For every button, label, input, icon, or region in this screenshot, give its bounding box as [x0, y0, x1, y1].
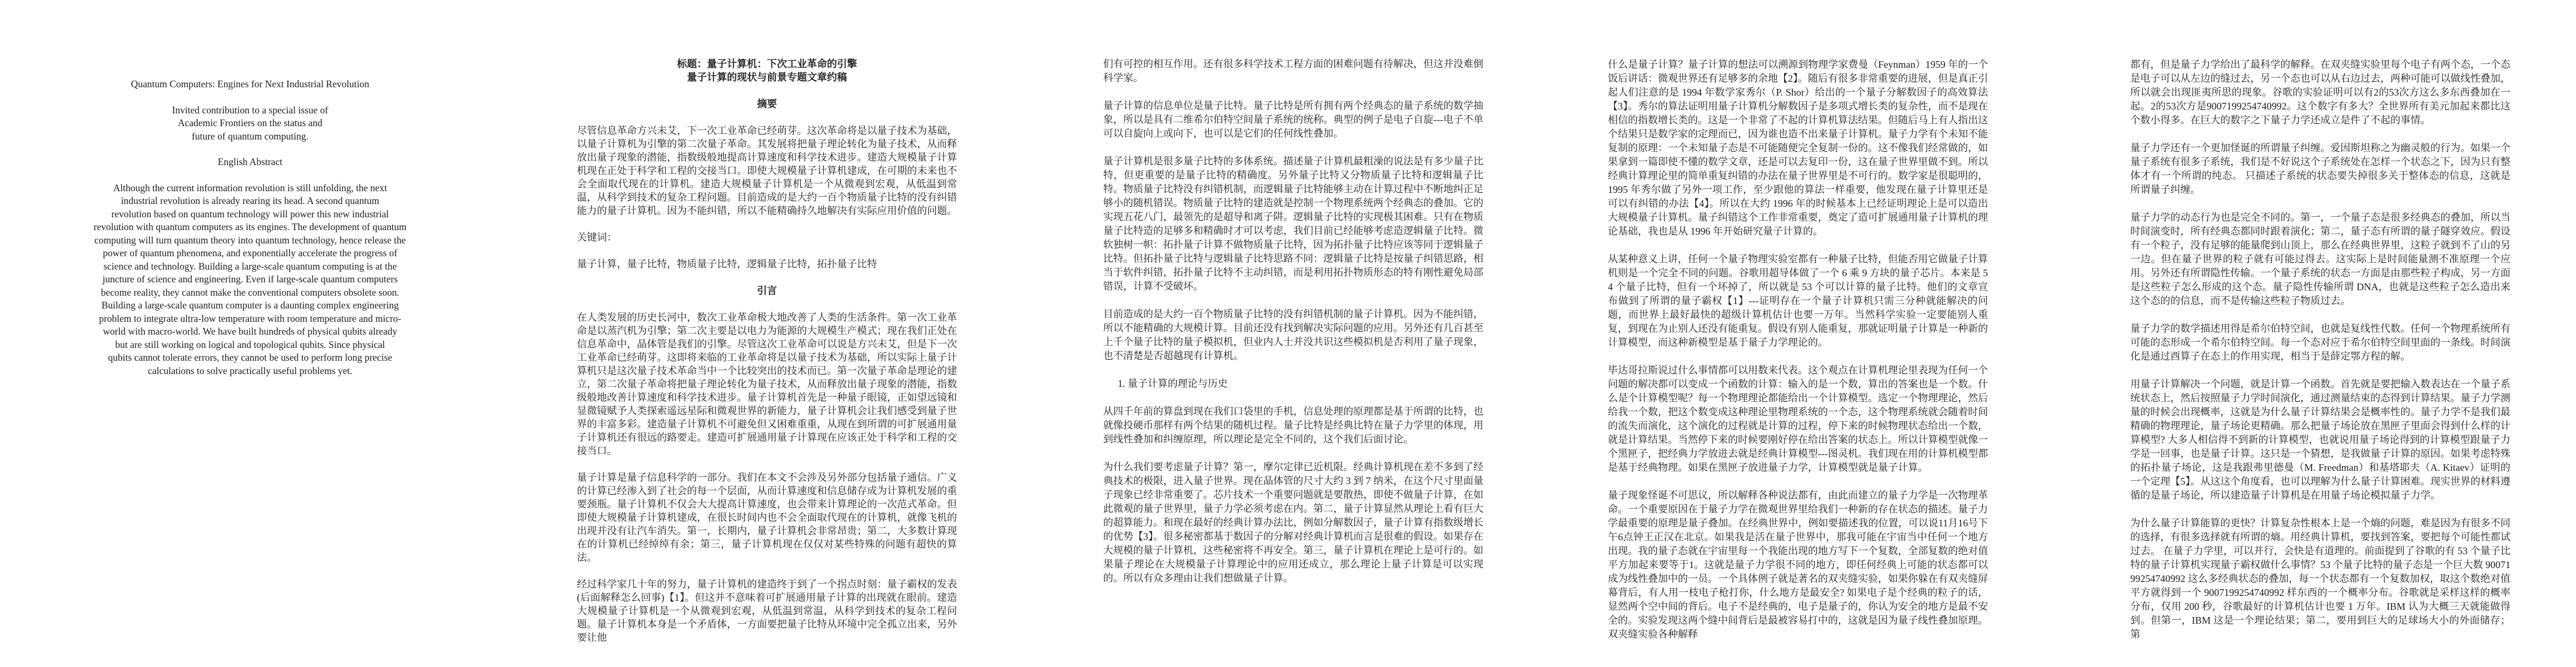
chinese-title-line-1: 标题：量子计算机：下次工业革命的引擎	[577, 57, 957, 71]
english-abstract-heading: English Abstract	[56, 156, 445, 169]
invited-note-line-2: Academic Frontiers on the status and	[56, 117, 445, 130]
abstract-line: but are still working on logical and top…	[56, 339, 445, 352]
abstract-line: power of quantum phenomena, and exponent…	[56, 247, 445, 260]
keywords-list: 量子计算，量子比特，物质量子比特，逻辑量子比特，拓扑量子比特	[577, 257, 957, 271]
hilbert-space-paragraph: 量子力学的数学描述用得是希尔伯特空间，也就是复线性代数。任何一个物理系统所有可能…	[2130, 322, 2510, 364]
invited-note-line-3: future of quantum computing.	[56, 130, 445, 143]
section-1-heading: 1. 量子计算的理论与历史	[1103, 377, 1483, 391]
abstract-line: revolution based on quantum technology w…	[56, 208, 445, 221]
what-is-qc-paragraph: 什么是量子计算？量子计算的想法可以溯源到物理学家费曼（Feynman）1959 …	[1608, 58, 1988, 238]
chinese-abstract-heading: 摘要	[577, 97, 957, 111]
abstract-line: industrial revolution is already rearing…	[56, 195, 445, 208]
dynamics-paragraph: 量子力学的动态行为也是完全不同的。第一，一个量子态是很多经典态的叠加，所以当时间…	[2130, 211, 2510, 308]
document-canvas: Quantum Computers: Engines for Next Indu…	[0, 0, 2576, 667]
page-5-chinese: 都有，但是量子力学给出了最科学的解释。在双夹缝实验里每个电子有两个态，一个态是电…	[2130, 58, 2510, 641]
abstract-line: juncture of science and engineering. Eve…	[56, 273, 445, 286]
quantum-weirdness-paragraph: 量子现象怪诞不可思议，所以解释各种说法都有，由此而建立的量子力学是一次物理革命。…	[1608, 489, 1988, 641]
intro-paragraph-3: 经过科学家几十年的努力，量子计算机的建造终于到了一个拐点时刻：量子霸权的发表(后…	[577, 578, 957, 644]
abstract-line: calculations to solve practically useful…	[56, 365, 445, 378]
keywords-label: 关键词：	[577, 231, 957, 244]
chinese-abstract-paragraph: 尽管信息革命方兴未艾，下一次工业革命已经萌芽。这次革命将是以量子技术为基础，以量…	[577, 124, 957, 217]
invited-note-line-1: Invited contribution to a special issue …	[56, 104, 445, 117]
intro-paragraph-2: 量子计算是量子信息科学的一部分。我们在本文不会涉及另外部分包括量子通信。广义的计…	[577, 471, 957, 564]
history-paragraph: 从四千年前的算盘到现在我们口袋里的手机，信息处理的原理都是基于所谓的比特，也就像…	[1103, 405, 1483, 446]
abstract-line: Building a large-scale quantum computer …	[56, 299, 445, 312]
solving-problems-paragraph: 用量子计算解决一个问题，就是计算一个函数。首先就是要把输入数表达在一个量子系统状…	[2130, 377, 2510, 502]
current-status-paragraph: 目前造成的是大约一百个物质量子比特的没有纠错机制的量子计算机。因为不能纠错，所以…	[1103, 307, 1483, 363]
abstract-line: world with macro-world. We have built hu…	[56, 325, 445, 339]
entanglement-paragraph: 量子力学还有一个更加怪诞的所谓量子纠缠。爱因斯坦称之为幽灵般的行为。如果一个量子…	[2130, 141, 2510, 197]
page-3-chinese: 们有可控的相互作用。还有很多科学技术工程方面的困难问题有待解决，但这并没难倒科学…	[1103, 57, 1483, 585]
page-2-chinese: 标题：量子计算机：下次工业革命的引擎 量子计算的现状与前景专题文章约稿 摘要 尽…	[577, 57, 957, 644]
abstract-line: revolution with quantum computers as its…	[56, 221, 445, 234]
abstract-line: computing will turn quantum theory into …	[56, 234, 445, 247]
qubit-definition-paragraph: 量子计算的信息单位是量子比特。量子比特是所有拥有两个经典态的量子系统的数学抽象，…	[1103, 99, 1483, 141]
document-title: Quantum Computers: Engines for Next Indu…	[56, 78, 445, 91]
continued-paragraph: 都有，但是量子力学给出了最科学的解释。在双夹缝实验里每个电子有两个态，一个态是电…	[2130, 58, 2510, 127]
abstract-line: science and technology. Building a large…	[56, 260, 445, 273]
intro-paragraph-1: 在人类发展的历史长河中，数次工业革命极大地改善了人类的生活条件。第一次工业革命是…	[577, 311, 957, 457]
abstract-line: become reality, they cannot make the con…	[56, 286, 445, 300]
continued-paragraph: 们有可控的相互作用。还有很多科学技术工程方面的困难问题有待解决，但这并没难倒科学…	[1103, 57, 1483, 85]
abstract-line: Although the current information revolut…	[56, 182, 445, 195]
lab-qubit-paragraph: 从某种意义上讲，任何一个量子物理实验室都有一种量子比特，但能否用它做量子计算机则…	[1608, 252, 1988, 350]
page-4-chinese: 什么是量子计算？量子计算的想法可以溯源到物理学家费曼（Feynman）1959 …	[1608, 58, 1988, 641]
chinese-title-line-2: 量子计算的现状与前景专题文章约稿	[577, 71, 957, 84]
abstract-line: problem to integrate ultra-low temperatu…	[56, 312, 445, 326]
why-quantum-paragraph: 为什么我们要考虑量子计算？第一，摩尔定律已近机限。经典计算机现在差不多到了经典技…	[1103, 460, 1483, 585]
why-faster-paragraph: 为什么量子计算能算的更快？计算复杂性根本上是一个熵的问题，难是因为有很多不同的选…	[2130, 516, 2510, 641]
computation-model-paragraph: 毕达哥拉斯说过什么事情都可以用数来代表。这个观点在计算机理论里表现为任何一个问题…	[1608, 364, 1988, 475]
introduction-heading: 引言	[577, 284, 957, 297]
abstract-line: qubits cannot tolerate errors, they cann…	[56, 351, 445, 365]
manybody-paragraph: 量子计算机是很多量子比特的多体系统。描述量子计算机最粗澡的说法是有多少量子比特，…	[1103, 155, 1483, 293]
page-1-english: Quantum Computers: Engines for Next Indu…	[56, 78, 445, 377]
